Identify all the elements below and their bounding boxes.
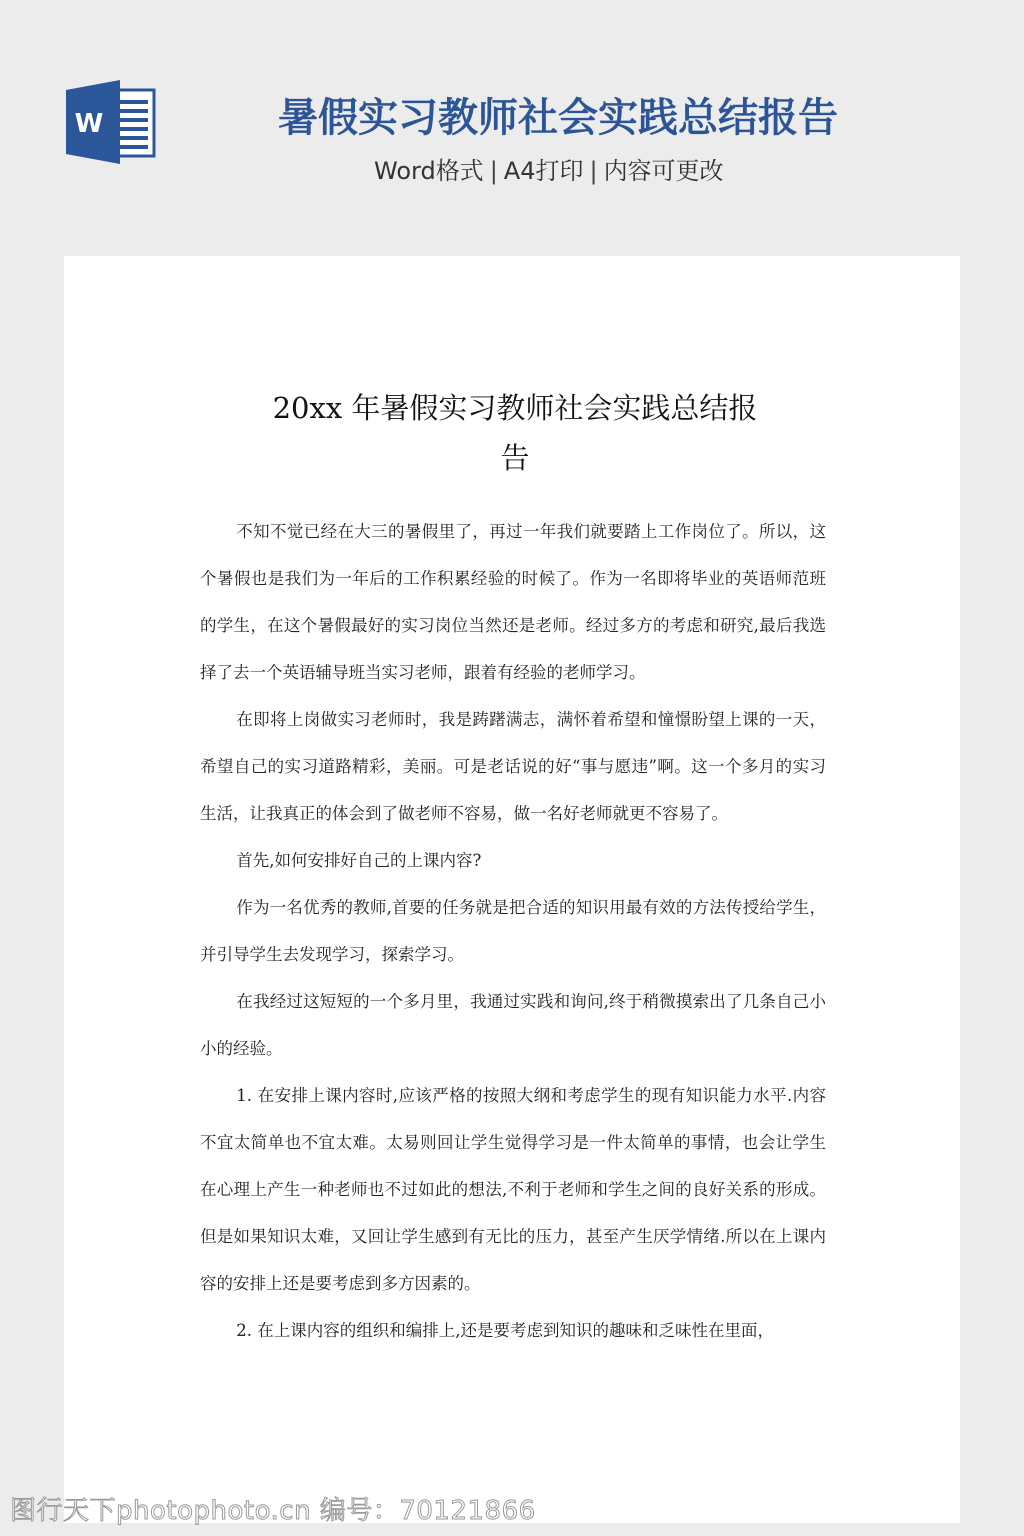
- banner-subtitle: Word格式|A4打印|内容可更改: [374, 154, 724, 188]
- paragraph: 在我经过这短短的一个多月里，我通过实践和询问,终于稍微摸索出了几条自己小小的经验…: [200, 978, 826, 1072]
- print-label: A4打印: [504, 157, 584, 185]
- banner-title: 暑假实习教师社会实践总结报告: [278, 92, 838, 144]
- paragraph: 1. 在安排上课内容时,应该严格的按照大纲和考虑学生的现有知识能力水平.内容不宜…: [200, 1072, 826, 1307]
- paragraph: 不知不觉已经在大三的暑假里了，再过一年我们就要踏上工作岗位了。所以，这个暑假也是…: [200, 508, 826, 696]
- watermark: 图行天下photophoto.cn 编号：70121866: [10, 1490, 536, 1527]
- separator: |: [490, 157, 498, 185]
- paragraph: 2. 在上课内容的组织和编排上,还是要考虑到知识的趣味和乏味性在里面，: [200, 1307, 826, 1354]
- header-banner: W 暑假实习教师社会实践总结报告 Word格式|A4打印|内容可更改: [0, 0, 1024, 256]
- paragraph: 作为一名优秀的教师,首要的任务就是把合适的知识用最有效的方法传授给学生，并引导学…: [200, 884, 826, 978]
- document-body: 不知不觉已经在大三的暑假里了，再过一年我们就要踏上工作岗位了。所以，这个暑假也是…: [200, 508, 826, 1354]
- paragraph: 首先,如何安排好自己的上课内容?: [200, 837, 826, 884]
- word-document-icon: W: [64, 80, 156, 164]
- document-title: 20xx 年暑假实习教师社会实践总结报 告: [200, 383, 830, 483]
- document-title-line-1: 20xx 年暑假实习教师社会实践总结报: [200, 383, 830, 433]
- editable-label: 内容可更改: [604, 157, 724, 185]
- format-label: Word格式: [374, 157, 484, 185]
- paragraph: 在即将上岗做实习老师时，我是踌躇满志，满怀着希望和憧憬盼望上课的一天，希望自己的…: [200, 696, 826, 837]
- document-title-line-2: 告: [200, 433, 830, 483]
- svg-text:W: W: [75, 109, 104, 139]
- separator: |: [589, 157, 597, 185]
